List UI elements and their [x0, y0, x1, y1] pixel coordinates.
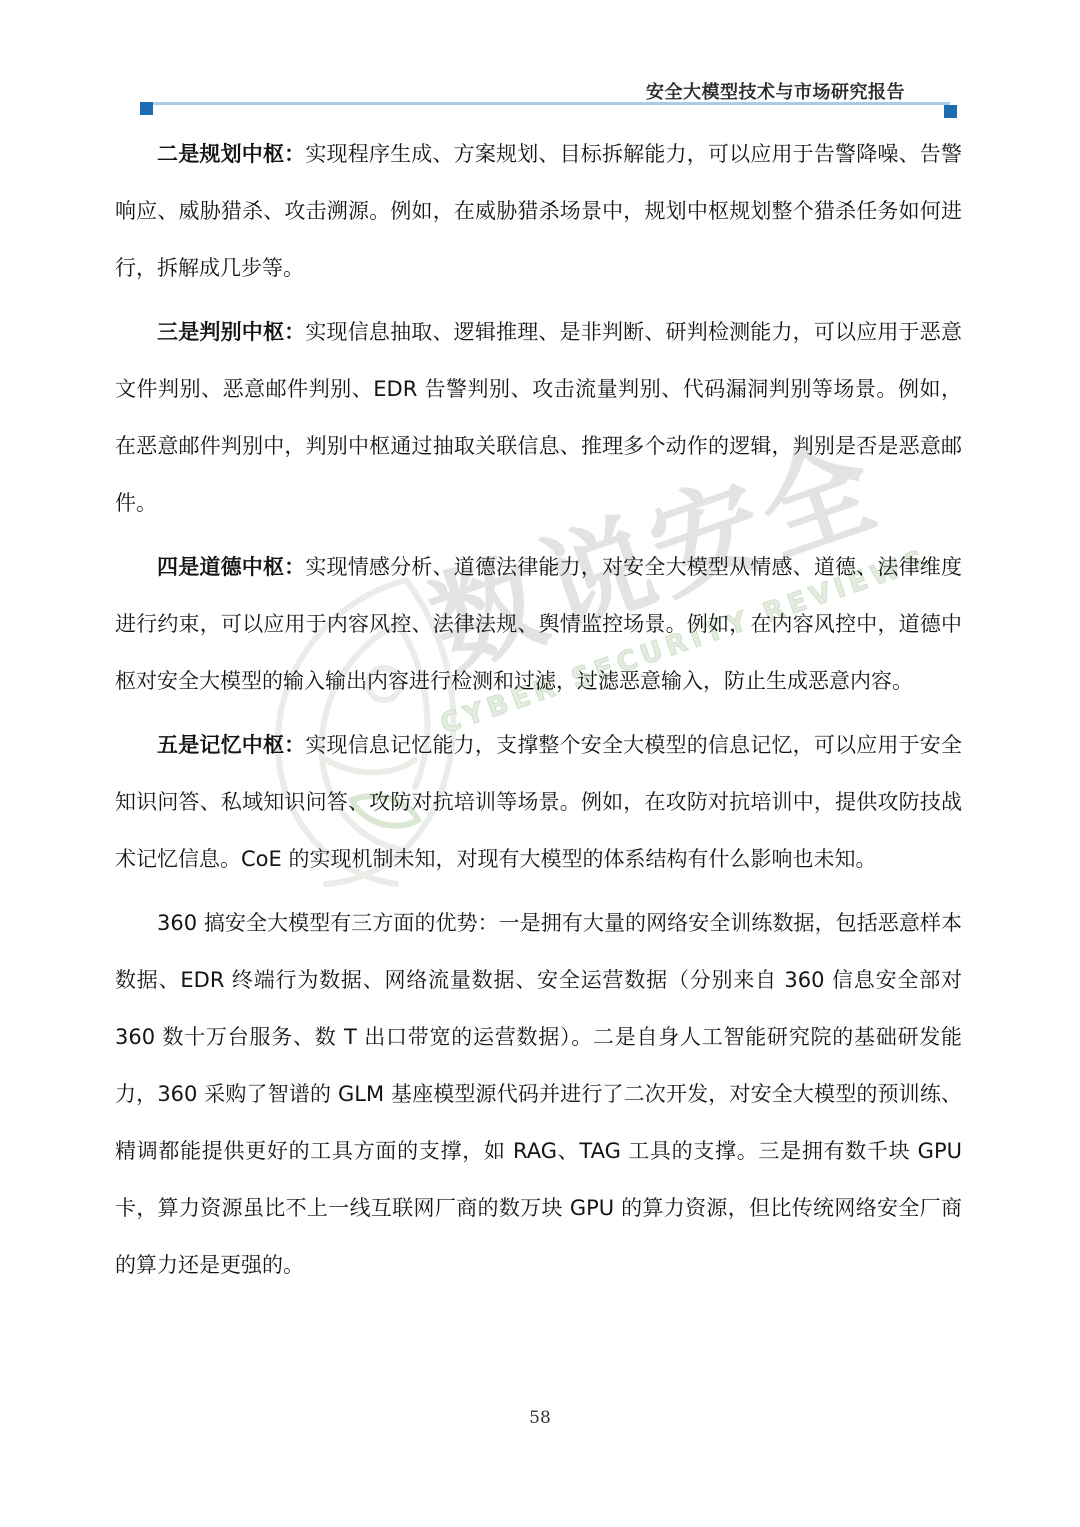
paragraph-lead: 二是规划中枢： [157, 142, 305, 166]
header-rule [143, 102, 950, 105]
paragraph-body: 360 搞安全大模型有三方面的优势：一是拥有大量的网络安全训练数据，包括恶意样本… [115, 911, 962, 1277]
paragraph-ethics-hub: 四是道德中枢：实现情感分析、道德法律能力，对安全大模型从情感、道德、法律维度进行… [115, 539, 962, 710]
paragraph-lead: 四是道德中枢： [157, 555, 305, 579]
paragraph-discrimination-hub: 三是判别中枢：实现信息抽取、逻辑推理、是非判断、研判检测能力，可以应用于恶意文件… [115, 304, 962, 532]
page-number: 58 [0, 1408, 1080, 1428]
paragraph-lead: 五是记忆中枢： [157, 733, 305, 757]
paragraph-memory-hub: 五是记忆中枢：实现信息记忆能力，支撑整个安全大模型的信息记忆，可以应用于安全知识… [115, 717, 962, 888]
report-page: 数说安全 CYBER SECURITY REVIEWS 安全大模型技术与市场研究… [0, 0, 1080, 1527]
paragraph-lead: 三是判别中枢： [157, 320, 305, 344]
paragraph-360-advantages: 360 搞安全大模型有三方面的优势：一是拥有大量的网络安全训练数据，包括恶意样本… [115, 895, 962, 1294]
header-title: 安全大模型技术与市场研究报告 [646, 78, 905, 104]
header-accent-square-right [944, 105, 957, 118]
paragraph-body: 实现信息抽取、逻辑推理、是非判断、研判检测能力，可以应用于恶意文件判别、恶意邮件… [115, 320, 962, 515]
header-accent-square-left [140, 102, 153, 115]
paragraph-planning-hub: 二是规划中枢：实现程序生成、方案规划、目标拆解能力，可以应用于告警降噪、告警响应… [115, 126, 962, 297]
body-text: 二是规划中枢：实现程序生成、方案规划、目标拆解能力，可以应用于告警降噪、告警响应… [115, 126, 962, 1301]
